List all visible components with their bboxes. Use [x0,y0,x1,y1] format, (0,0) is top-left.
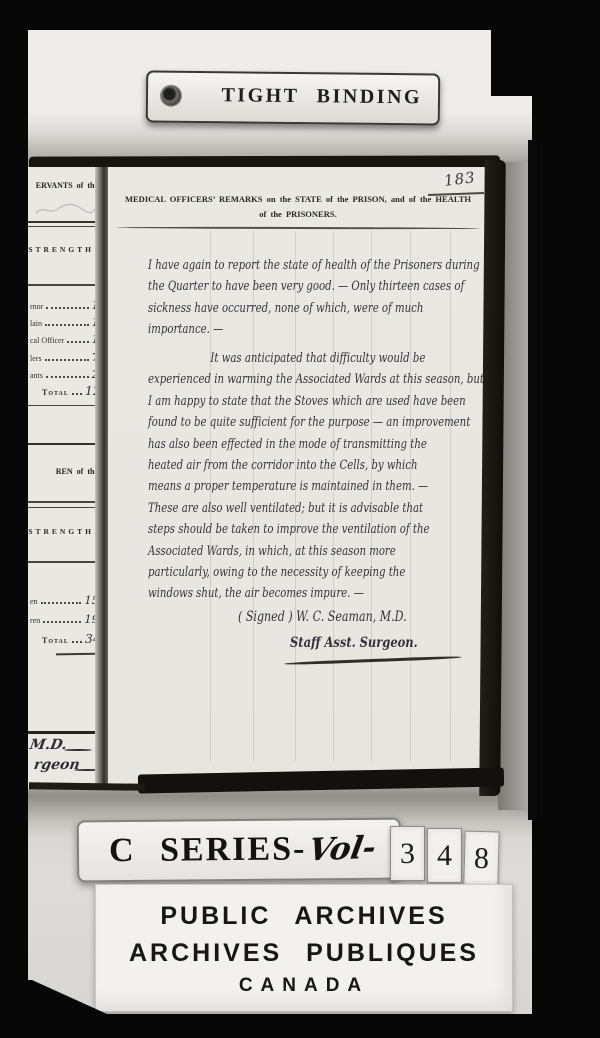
handwritten-line: sickness have occurred, none of which, w… [148,298,410,319]
rule-line [28,284,104,286]
volume-digit-tile: 8 [463,831,499,887]
rule-line [28,443,104,445]
row-label: cal Officer [30,332,64,349]
rule-line [28,507,104,508]
report-paragraph-1: I have again to report the state of heal… [148,255,484,341]
archives-line1: PUBLIC ARCHIVES [95,898,513,935]
list-row: ren 19 [30,610,99,629]
strength-label-1: STRENGTH [28,245,94,254]
dotted-leader [45,359,89,361]
tight-binding-tag: TIGHT BINDING [146,70,441,125]
series-text: C SERIES- [109,830,307,870]
film-border-left [0,0,28,1038]
total-label: Total [42,388,69,397]
rule-line [28,501,104,503]
rule-line [28,731,104,734]
row-label: en [30,592,38,611]
signed-line: ( Signed ) W. C. Seaman, M.D. [238,609,407,625]
form-header-line1: MEDICAL OFFICERS’ REMARKS on the STATE o… [114,194,482,204]
handwritten-line: found to be quite sufficient for the pur… [148,412,410,433]
list-row: ants 2 [30,366,99,383]
row-label: rnor [30,298,43,315]
list-row: lers 7 [30,349,99,366]
strength-label-2: STRENGTH [28,527,94,536]
rule-line [28,221,104,223]
total-row-1: Total 12. [42,383,100,399]
dotted-leader [72,393,82,395]
rule-line [28,226,104,227]
handwritten-line: I have again to report the state of heal… [148,255,410,276]
faint-handwriting-scribble [34,199,98,219]
handwritten-line: experienced in warming the Associated Wa… [148,369,410,390]
document-page: 183 MEDICAL OFFICERS’ REMARKS on the STA… [108,167,488,787]
signature-fragment-md: M.D. [29,737,69,753]
form-header-line2: of the PRISONERS. [114,209,482,219]
list-row: rnor 1 [30,297,99,314]
row-label: lain [30,315,42,332]
grommet-hole-icon [161,86,181,106]
page-number: 183 [443,168,477,190]
film-border-right [537,0,600,1038]
handwritten-line: steps should be taken to improve the ven… [148,519,410,540]
dotted-leader [72,641,82,643]
handwritten-line: means a proper temperature is maintained… [148,476,410,497]
signature-flourish [64,749,92,751]
signature-fragment-surgeon: rgeon [33,757,81,773]
archives-line3: CANADA [95,975,513,997]
c-series-label: C SERIES- Vol- [77,818,402,883]
rule-line [28,405,104,406]
row-label: ants [30,367,43,384]
volume-digit-tile: 4 [427,828,462,883]
dotted-leader [43,621,81,623]
handwritten-line: the Quarter to have been very good. — On… [148,276,410,297]
report-paragraph-2: It was anticipated that difficulty would… [148,348,484,605]
handwritten-line: windows shut, the air becomes impure. — [148,583,410,604]
handwritten-line: particularly, owing to the necessity of … [148,562,410,583]
handwritten-line: has also been effected in the mode of tr… [148,434,410,455]
row-label: lers [30,350,42,367]
handwritten-line: heated air from the corridor into the Ce… [148,455,410,476]
handwritten-line: I am happy to state that the Stoves whic… [148,391,410,412]
left-page-heading-2: REN of the [28,467,98,476]
archives-label: PUBLIC ARCHIVES ARCHIVES PUBLIQUES CANAD… [95,884,513,1012]
film-border-bottom [0,1014,600,1038]
list-row: en 15 [30,591,99,610]
dotted-leader [41,602,82,604]
signature-title: Staff Asst. Surgeon. [290,635,418,651]
list-row: cal Officer 1 [30,331,99,348]
handwritten-line: It was anticipated that difficulty would… [148,348,410,369]
handwritten-line: importance. — [148,319,410,340]
volume-number-tiles: 348 [390,826,499,881]
left-page-heading-1: ERVANTS of the [28,181,98,190]
left-page-fragment: ERVANTS of the STRENGTH rnor 1 lain 1 ca… [28,167,104,789]
dotted-leader [45,324,89,326]
dotted-leader [46,376,89,378]
count-list: en 15 ren 19 [30,591,99,629]
rule-line [28,561,104,563]
tight-binding-label: TIGHT BINDING [221,84,422,109]
form-header: MEDICAL OFFICERS’ REMARKS on the STATE o… [114,194,482,219]
handwritten-line: Associated Wards, in which, at this seas… [148,541,410,562]
dotted-leader [46,307,88,309]
handwritten-line: These are also well ventilated; but it i… [148,498,410,519]
row-label: ren [30,611,40,630]
archives-line2: ARCHIVES PUBLIQUES [95,935,513,972]
volume-digit-tile: 3 [390,826,425,881]
staff-list: rnor 1 lain 1 cal Officer 1 lers 7 ants … [30,297,99,383]
signature-flourish [284,656,462,666]
total-row-2: Total 34 [42,631,100,647]
header-rule-line [116,227,480,230]
dotted-leader [67,341,88,343]
list-row: lain 1 [30,314,99,331]
volume-text: Vol- [306,830,379,869]
total-label: Total [42,636,69,645]
